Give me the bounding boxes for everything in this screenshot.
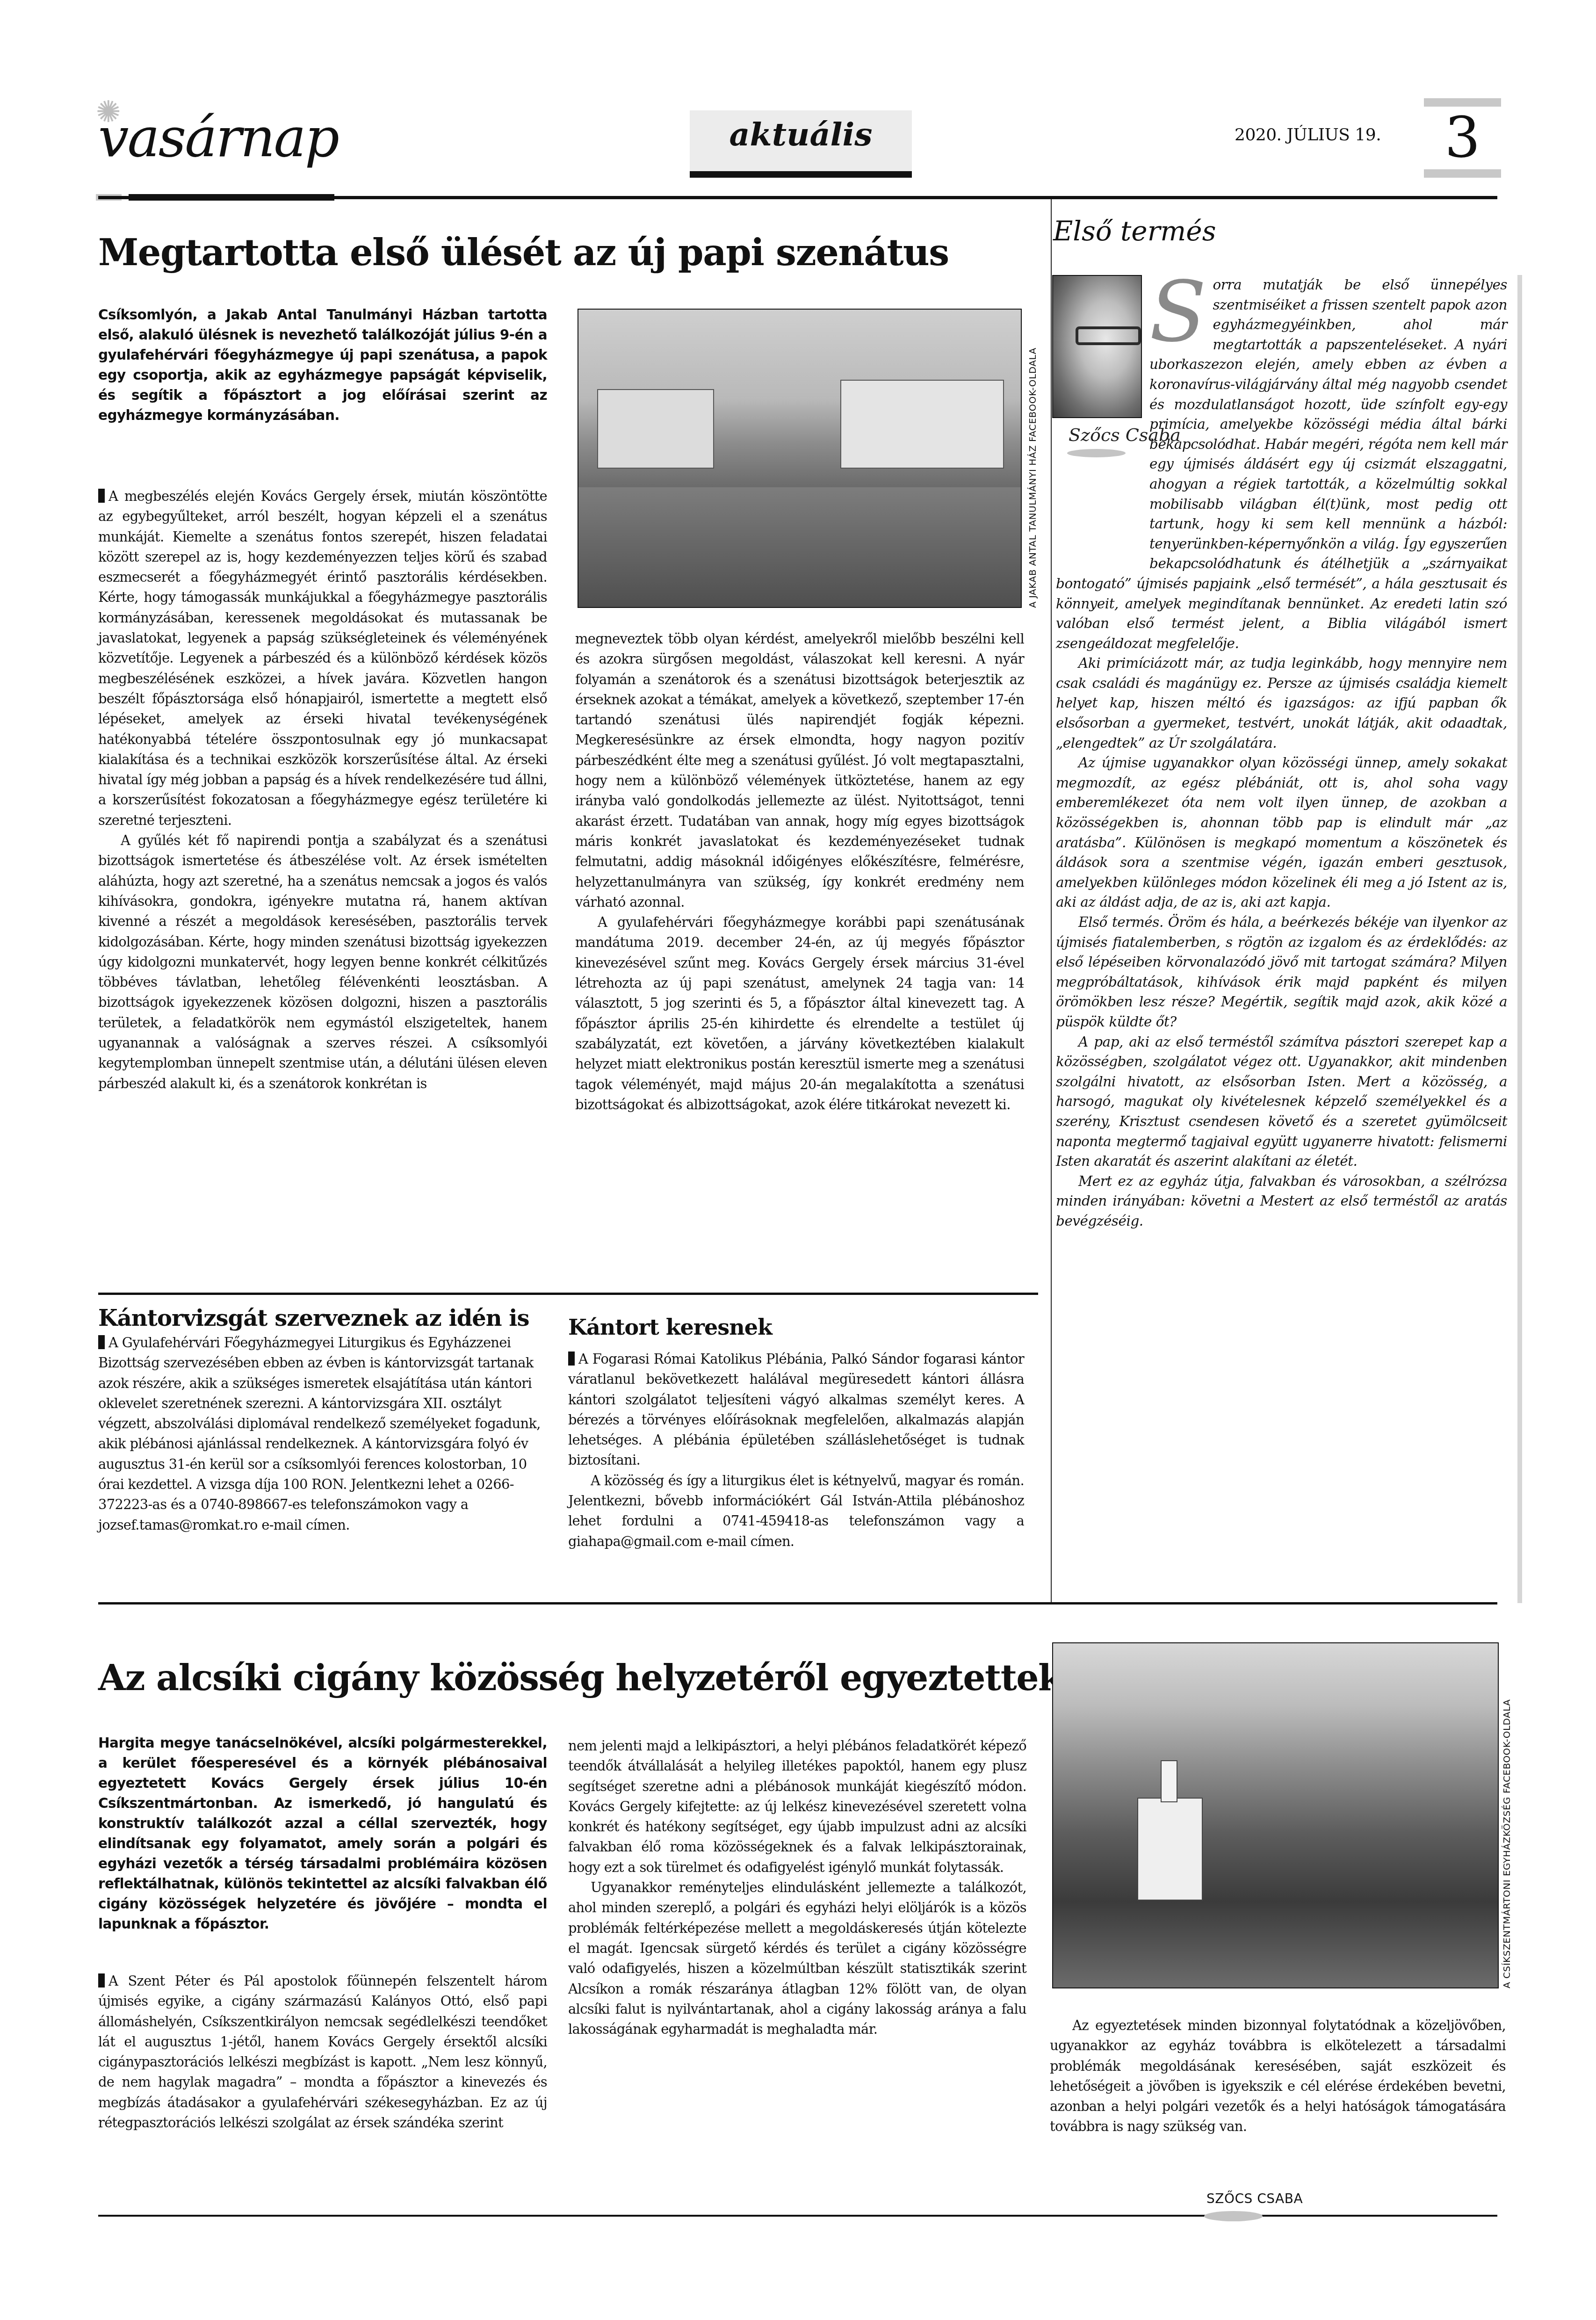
aerial-village-photo: [1052, 1642, 1499, 1988]
paragraph: A megbeszélés elején Kovács Gergely érse…: [98, 488, 547, 828]
article-lead: Hargita megye tanácselnökével, alcsíki p…: [98, 1733, 547, 1934]
paragraph-marker-icon: [98, 1335, 105, 1349]
paragraph-marker-icon: [98, 1973, 105, 1988]
paragraph: A közösség és így a liturgikus élet is k…: [568, 1471, 1024, 1552]
issue-date: 2020. JÚLIUS 19.: [1235, 125, 1381, 145]
section-tab: aktuális: [690, 110, 912, 171]
article-headline: Megtartotta első ülését az új papi szená…: [98, 232, 949, 274]
article-lead: Csíksomlyón, a Jakab Antal Tanulmányi Há…: [98, 305, 547, 426]
column-divider: [1051, 199, 1052, 1602]
page-number-bottom-bar: [1424, 169, 1501, 178]
portrait-spacer: [1056, 275, 1149, 565]
masthead-rule: [98, 196, 1497, 199]
section-tab-underline: [690, 171, 912, 178]
paragraph: Első termés. Öröm és hála, a beérkezés b…: [1056, 912, 1507, 1032]
page-number-box: 3: [1424, 98, 1501, 178]
section-rule: [98, 1293, 1038, 1295]
paragraph-marker-icon: [568, 1352, 575, 1366]
lawn: [578, 487, 1021, 607]
paragraph: Mert ez az egyház útja, falvakban és vár…: [1056, 1171, 1507, 1231]
church: [1137, 1798, 1203, 1901]
building-right: [840, 380, 1004, 469]
byline-ellipse: [1204, 2211, 1263, 2221]
study-house-photo: [578, 309, 1022, 608]
section-rule: [98, 1602, 1497, 1604]
column-side-bar: [1517, 275, 1522, 1603]
section-label: aktuális: [690, 116, 912, 153]
article-column-3: Az egyeztetések minden bizonnyal folytat…: [1050, 2016, 1506, 2137]
paragraph: A gyűlés két fő napirendi pontja a szabá…: [98, 831, 547, 1094]
article-headline: Az alcsíki cigány közösség helyzetéről e…: [98, 1658, 1062, 1698]
column-title: Első termés: [1053, 215, 1216, 247]
photo-credit: A CSÍKSZENTMÁRTONI EGYHÁZKÖZSÉG FACEBOOK…: [1501, 1642, 1512, 1988]
drop-cap: S: [1149, 277, 1206, 347]
article-byline: SZŐCS CSABA: [1206, 2191, 1303, 2206]
logo-wordmark: vasárnap: [98, 110, 338, 166]
page-number: 3: [1424, 107, 1501, 169]
paragraph: megneveztek több olyan kérdést, amelyekr…: [575, 629, 1024, 912]
brief-headline: Kántort keresnek: [568, 1314, 772, 1340]
masthead-logo: ✺ vasárnap: [96, 101, 348, 171]
church-tower: [1161, 1760, 1177, 1802]
paragraph: Az egyeztetések minden bizonnyal folytat…: [1050, 2016, 1506, 2137]
column-body: Sorra mutatják be első ünnepélyes szentm…: [1056, 275, 1507, 1231]
brief-headline: Kántorvizsgát szerveznek az idén is: [98, 1305, 529, 1332]
article-column-1: A Szent Péter és Pál apostolok főünnepén…: [98, 1971, 547, 2133]
brief-body: A Fogarasi Római Katolikus Plébánia, Pal…: [568, 1349, 1024, 1552]
brief-body: A Gyulafehérvári Főegyházmegyei Liturgik…: [98, 1333, 547, 1535]
paragraph: A Szent Péter és Pál apostolok főünnepén…: [98, 1973, 547, 2131]
building-left: [597, 389, 714, 469]
paragraph: Aki primíciázott már, az tudja leginkább…: [1056, 653, 1507, 753]
paragraph: A pap, aki az első terméstől számítva pá…: [1056, 1032, 1507, 1171]
paragraph: A Gyulafehérvári Főegyházmegyei Liturgik…: [98, 1335, 541, 1533]
photo-credit: A JAKAB ANTAL TANULMÁNYI HÁZ FACEBOOK-OL…: [1027, 309, 1038, 608]
paragraph: Az újmise ugyanakkor olyan közösségi ünn…: [1056, 753, 1507, 912]
bottom-rule: [98, 2215, 1497, 2217]
paragraph: nem jelenti majd a lelkipásztori, a hely…: [568, 1736, 1026, 1878]
article-column-2: nem jelenti majd a lelkipásztori, a hely…: [568, 1736, 1026, 2039]
paragraph-marker-icon: [98, 489, 105, 503]
article-column-2: megneveztek több olyan kérdést, amelyekr…: [575, 629, 1024, 1115]
article-column-1: A megbeszélés elején Kovács Gergely érse…: [98, 486, 547, 1094]
paragraph: Ugyanakkor reményteljes elindulásként je…: [568, 1878, 1026, 2039]
paragraph: A Fogarasi Római Katolikus Plébánia, Pal…: [568, 1351, 1024, 1468]
paragraph: A gyulafehérvári főegyházmegye korábbi p…: [575, 912, 1024, 1115]
